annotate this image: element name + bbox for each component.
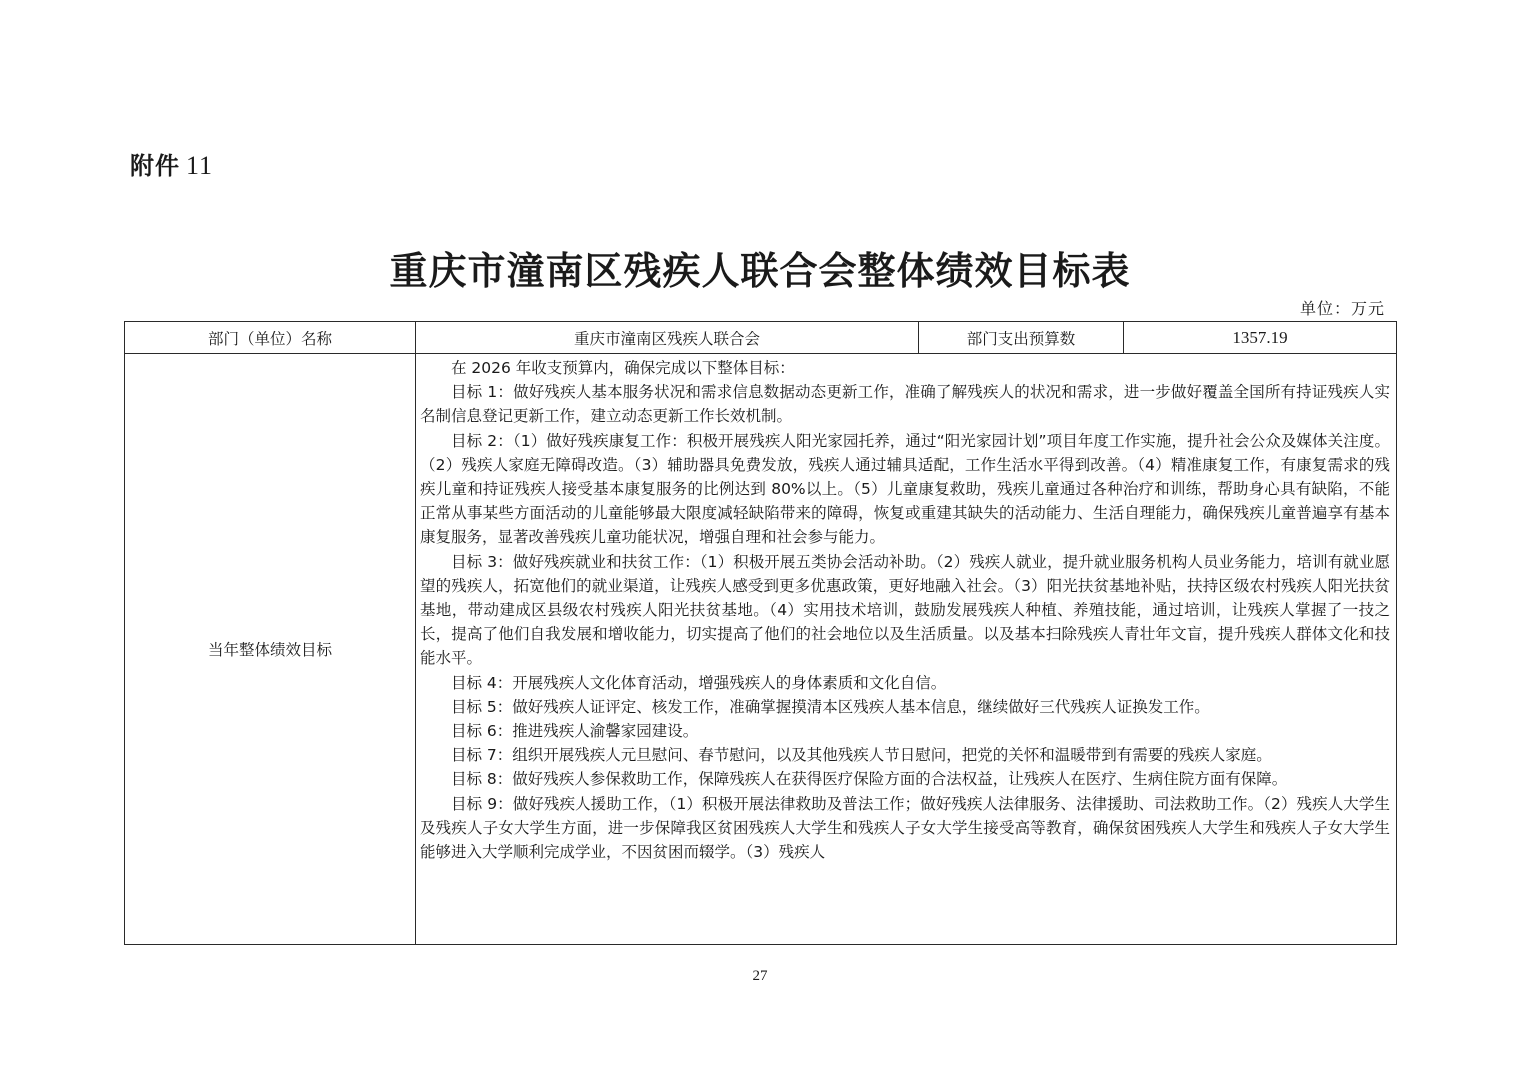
- goal-9: 目标 9：做好残疾人援助工作，（1）积极开展法律救助及普法工作；做好残疾人法律服…: [420, 792, 1390, 865]
- goal-3: 目标 3：做好残疾就业和扶贫工作：（1）积极开展五类协会活动补助。（2）残疾人就…: [420, 550, 1390, 671]
- attachment-number: 11: [186, 151, 213, 180]
- goal-6: 目标 6：推进残疾人渝馨家园建设。: [420, 719, 1390, 743]
- annual-goals-content: 在 2026 年收支预算内，确保完成以下整体目标： 目标 1：做好残疾人基本服务…: [416, 354, 1397, 945]
- page-number: 27: [0, 968, 1520, 985]
- goal-5: 目标 5：做好残疾人证评定、核发工作，准确掌握摸清本区残疾人基本信息，继续做好三…: [420, 695, 1390, 719]
- goal-7: 目标 7：组织开展残疾人元旦慰问、春节慰问，以及其他残疾人节日慰问，把党的关怀和…: [420, 743, 1390, 767]
- document-title: 重庆市潼南区残疾人联合会整体绩效目标表: [0, 240, 1520, 295]
- performance-goals-table: 部门（单位）名称 重庆市潼南区残疾人联合会 部门支出预算数 1357.19 当年…: [124, 321, 1397, 945]
- annual-goals-label: 当年整体绩效目标: [125, 354, 416, 945]
- goal-8: 目标 8：做好残疾人参保救助工作，保障残疾人在获得医疗保险方面的合法权益，让残疾…: [420, 767, 1390, 791]
- attachment-label-text: 附件: [130, 152, 180, 180]
- goal-4: 目标 4：开展残疾人文化体育活动，增强残疾人的身体素质和文化自信。: [420, 671, 1390, 695]
- table-header-row: 部门（单位）名称 重庆市潼南区残疾人联合会 部门支出预算数 1357.19: [125, 322, 1397, 354]
- budget-value: 1357.19: [1124, 322, 1397, 354]
- goals-list: 在 2026 年收支预算内，确保完成以下整体目标： 目标 1：做好残疾人基本服务…: [420, 356, 1390, 864]
- goals-intro: 在 2026 年收支预算内，确保完成以下整体目标：: [420, 356, 1390, 380]
- department-name-label: 部门（单位）名称: [125, 322, 416, 354]
- goal-1: 目标 1：做好残疾人基本服务状况和需求信息数据动态更新工作，准确了解残疾人的状况…: [420, 380, 1390, 428]
- attachment-label: 附件11: [130, 146, 213, 181]
- table-row-annual-goals: 当年整体绩效目标 在 2026 年收支预算内，确保完成以下整体目标： 目标 1：…: [125, 354, 1397, 945]
- budget-label: 部门支出预算数: [919, 322, 1124, 354]
- goal-2: 目标 2：（1）做好残疾康复工作：积极开展残疾人阳光家园托养，通过“阳光家园计划…: [420, 429, 1390, 550]
- department-name-value: 重庆市潼南区残疾人联合会: [416, 322, 919, 354]
- unit-label: 单位：万元: [1300, 296, 1385, 319]
